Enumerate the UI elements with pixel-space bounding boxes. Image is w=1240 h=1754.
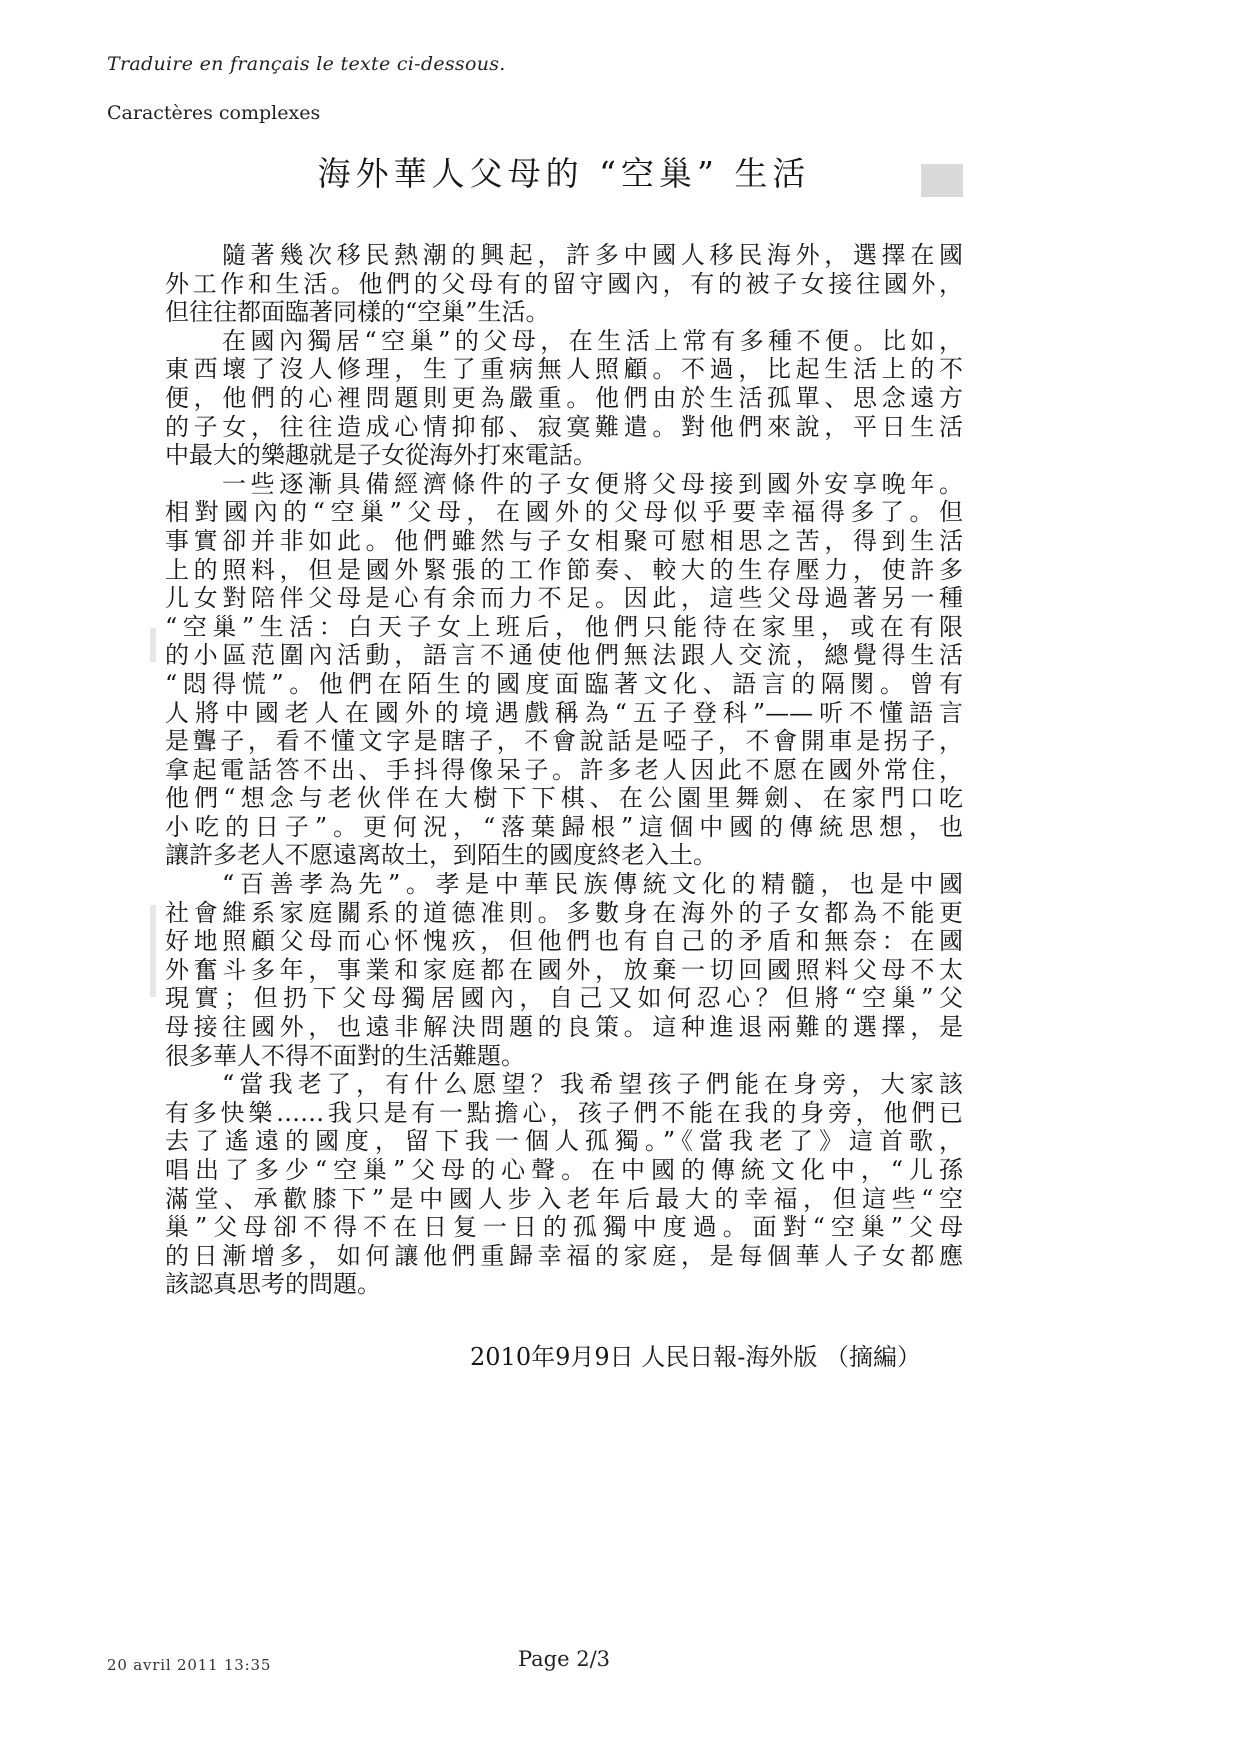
article-line: 人將中國老人在國外的境遇戲稱為“五子登科”——听不懂語言 [165,699,963,728]
article-line: 有多快樂……我只是有一點擔心，孩子們不能在我的身旁，他們已 [165,1099,963,1128]
article-line: “悶得慌”。他們在陌生的國度面臨著文化、語言的隔閡。曾有 [165,670,963,699]
article-line: 事實卻并非如此。他們雖然与子女相聚可慰相思之苦，得到生活 [165,527,963,556]
scan-artifact [150,905,156,997]
article-line: 滿堂、承歡膝下”是中國人步入老年后最大的幸福，但這些“空 [165,1185,963,1214]
article-line: 很多華人不得不面對的生活難題。 [165,1042,963,1071]
article-line: 去了遙遠的國度，留下我一個人孤獨。”《當我老了》這首歌， [165,1127,963,1156]
article-line: 隨著幾次移民熱潮的興起，許多中國人移民海外，選擇在國 [165,241,963,270]
article-line: 唱出了多少“空巢”父母的心聲。在中國的傳統文化中，“儿孫 [165,1156,963,1185]
article-line: 東西壞了沒人修理，生了重病無人照顧。不過，比起生活上的不 [165,355,963,384]
article-line: 現實；但扔下父母獨居國內，自己又如何忍心？但將“空巢”父 [165,984,963,1013]
article-line: 的小區范圍內活動，語言不通使他們無法跟人交流，總覺得生活 [165,641,963,670]
article-line: 的日漸增多，如何讓他們重歸幸福的家庭，是每個華人子女都應 [165,1242,963,1271]
character-set-label: Caractères complexes [107,102,320,124]
article-line: 便，他們的心裡問題則更為嚴重。他們由於生活孤單、思念遠方 [165,384,963,413]
article-line: 但往往都面臨著同樣的“空巢”生活。 [165,298,963,327]
article-line: 儿女對陪伴父母是心有余而力不足。因此，這些父母過著另一種 [165,584,963,613]
article-line: 相對國內的“空巢”父母，在國外的父母似乎要幸福得多了。但 [165,498,963,527]
translation-instruction: Traduire en français le texte ci-dessous… [107,53,506,75]
article-line: 拿起電話答不出、手抖得像呆子。許多老人因此不愿在國外常住， [165,756,963,785]
article-line: 讓許多老人不愿遠离故土，到陌生的國度終老入土。 [165,841,963,870]
article-line: 外工作和生活。他們的父母有的留守國內，有的被子女接往國外， [165,270,963,299]
article-line: 好地照顧父母而心怀愧疚，但他們也有自己的矛盾和無奈：在國 [165,927,963,956]
article-line: 的子女，往往造成心情抑郁、寂寞難遣。對他們來說，平日生活 [165,413,963,442]
scan-artifact [150,628,156,662]
article-line: 是聾子，看不懂文字是瞎子，不會說話是啞子，不會開車是拐子， [165,727,963,756]
article-line: 上的照料，但是國外緊張的工作節奏、較大的生存壓力，使許多 [165,556,963,585]
article-line: 中最大的樂趣就是子女從海外打來電話。 [165,441,963,470]
article-line: 一些逐漸具備經濟條件的子女便將父母接到國外安享晚年。 [165,470,963,499]
article-line: “當我老了，有什么愿望？我希望孩子們能在身旁，大家該 [165,1070,963,1099]
article-line: “空巢”生活：白天子女上班后，他們只能待在家里，或在有限 [165,613,963,642]
article-line: 社會維系家庭關系的道德准則。多數身在海外的子女都為不能更 [165,899,963,928]
article-line: 他們“想念与老伙伴在大樹下下棋、在公園里舞劍、在家門口吃 [165,784,963,813]
article-body: 隨著幾次移民熱潮的興起，許多中國人移民海外，選擇在國外工作和生活。他們的父母有的… [165,241,963,1299]
article-line: “百善孝為先”。孝是中華民族傳統文化的精髓，也是中國 [165,870,963,899]
article-line: 母接往國外，也遠非解決問題的良策。這种進退兩難的選擇，是 [165,1013,963,1042]
article-line: 外奮斗多年，事業和家庭都在國外，放棄一切回國照料父母不太 [165,956,963,985]
footer-page-number: Page 2/3 [165,1647,963,1671]
article-line: 該認真思考的問題。 [165,1270,963,1299]
article-line: 巢”父母卻不得不在日复一日的孤獨中度過。面對“空巢”父母 [165,1213,963,1242]
article-line: 在國內獨居“空巢”的父母，在生活上常有多種不便。比如， [165,327,963,356]
document-page: Traduire en français le texte ci-dessous… [0,0,1240,1754]
article-line: 小吃的日子”。更何況，“落葉歸根”這個中國的傳統思想，也 [165,813,963,842]
article-source-citation: 2010年9月9日 人民日報-海外版 （摘編） [165,1337,963,1372]
article-title: 海外華人父母的 “空巢” 生活 [165,148,963,195]
